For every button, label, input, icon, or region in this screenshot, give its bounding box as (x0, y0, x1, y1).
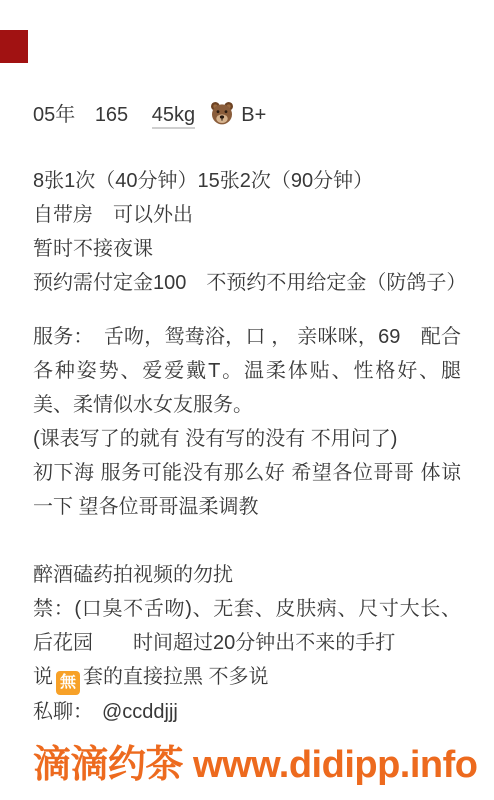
ad-page: 05年 165 45kg B+ 8张1次（40 (0, 0, 494, 800)
rules-block: 醉酒磕药拍视频的勿扰 禁：(口臭不舌吻)、无套、皮肤病、尺寸大长、后花园 时间超… (33, 558, 461, 729)
contact-line: 私聊：@ccddjjj (33, 695, 461, 729)
rule-no-drunk: 醉酒磕药拍视频的勿扰 (33, 558, 461, 592)
services-newbie: 初下海 服务可能没有那么好 希望各位哥哥 体谅一下 望各位哥哥温柔调教 (33, 456, 461, 524)
profile-line: 05年 165 45kg B+ (33, 34, 461, 132)
profile-birth-year: 05年 (33, 104, 75, 126)
services-intro: 服务： 舌吻，鸳鸯浴，口 ， 亲咪咪，69 配合各种姿势、爱爱戴T。温柔体贴、性… (33, 320, 461, 422)
ad-content: 05年 165 45kg B+ 8张1次（40 (0, 34, 494, 729)
services-block: 服务： 舌吻，鸳鸯浴，口 ， 亲咪咪，69 配合各种姿势、爱爱戴T。温柔体贴、性… (33, 320, 461, 524)
wu-emoji-icon: 無 (56, 671, 80, 695)
watermark-footer: 滴滴约茶www.didipp.info (0, 739, 494, 791)
contact-label: 私聊： (33, 701, 93, 723)
pricing-block: 8张1次（40分钟）15张2次（90分钟） 自带房 可以外出 暂时不接夜课 预约… (33, 164, 461, 300)
rule-no-condom-suffix: 套的直接拉黑 不多说 (83, 666, 269, 688)
footer-brand: 滴滴约茶 (33, 744, 183, 786)
pricing-line-night: 暂时不接夜课 (33, 232, 461, 266)
bear-emoji-icon (210, 101, 234, 125)
footer-url: www.didipp.info (193, 744, 477, 786)
profile-blood-type: B+ (241, 104, 266, 126)
contact-handle: @ccddjjj (102, 701, 178, 723)
profile-weight: 45kg (152, 104, 195, 129)
rule-forbidden-list: 禁：(口臭不舌吻)、无套、皮肤病、尺寸大长、后花园 时间超过20分钟出不来的手打 (33, 592, 461, 660)
services-note: (课表写了的就有 没有写的没有 不用问了) (33, 422, 461, 456)
red-square-marker (0, 30, 28, 63)
rule-no-condom-line: 说無套的直接拉黑 不多说 (33, 660, 461, 695)
pricing-line-room: 自带房 可以外出 (33, 198, 461, 232)
profile-height: 165 (95, 104, 128, 126)
rule-no-condom-prefix: 说 (33, 666, 53, 688)
pricing-line-deposit: 预约需付定金100 不预约不用给定金（防鸽子） (33, 266, 461, 300)
pricing-line-rates: 8张1次（40分钟）15张2次（90分钟） (33, 164, 461, 198)
